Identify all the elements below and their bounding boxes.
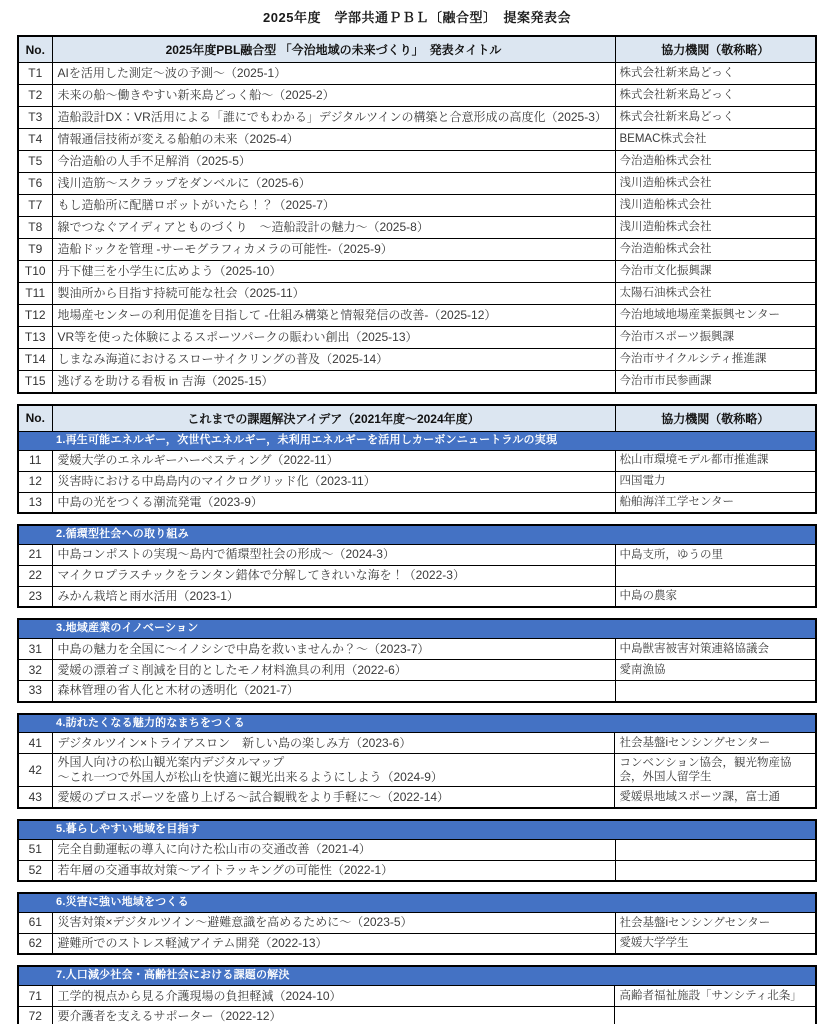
row-partner: 浅川造船株式会社 xyxy=(615,195,816,217)
table-past-ideas-section-3: 3.地域産業のイノベーション 31 中島の魅力を全国に～イノシシで中島を救いませ… xyxy=(17,618,817,702)
table-past-ideas-section-4: 4.訪れたくなる魅力的なまちをつくる 41 デジタルツイン×トライアスロン 新し… xyxy=(17,713,817,809)
row-number: 72 xyxy=(18,1007,52,1024)
row-partner xyxy=(615,565,816,586)
row-partner xyxy=(615,839,816,860)
row-partner: 今治造船株式会社 xyxy=(615,239,816,261)
section-banner-row: 6.災害に強い地域をつくる xyxy=(18,893,816,912)
row-number: T9 xyxy=(18,239,52,261)
table-row: 23 みかん栽培と雨水活用（2023-1） 中島の農家 xyxy=(18,586,816,607)
table-row: T1 AIを活用した測定～波の予測～（2025-1） 株式会社新来島どっく xyxy=(18,63,816,85)
row-title-line1: 製油所から目指す持続可能な社会（2025-11） xyxy=(58,286,610,301)
section-banner-row: 2.循環型社会への取り組み xyxy=(18,525,816,544)
table-row: T4 情報通信技術が変える船舶の未来（2025-4） BEMAC株式会社 xyxy=(18,129,816,151)
row-partner: 中島獣害被害対策連絡協議会 xyxy=(615,639,816,660)
table-row: 61 災害対策×デジタルツイン～避難意識を高めるために～（2023-5） 社会基… xyxy=(18,912,816,933)
row-title: 愛媛大学のエネルギーハーベスティング（2022-11） xyxy=(52,450,615,471)
row-title: 愛媛の漂着ゴミ削減を目的としたモノ材料漁具の利用（2022-6） xyxy=(52,660,615,681)
table-row: 41 デジタルツイン×トライアスロン 新しい島の楽しみ方（2023-6） 社会基… xyxy=(18,733,816,754)
table-row: 12 災害時における中島島内のマイクログリッド化（2023-11） 四国電力 xyxy=(18,471,816,492)
row-number: 51 xyxy=(18,839,52,860)
row-partner: 株式会社新来島どっく xyxy=(615,107,816,129)
row-number: 21 xyxy=(18,544,52,565)
row-number: 22 xyxy=(18,565,52,586)
row-title-line1: 愛媛のプロスポーツを盛り上げる～試合観戦をより手軽に～（2022-14） xyxy=(58,790,610,805)
row-title: 工学的視点から見る介護現場の負担軽減（2024-10） xyxy=(52,986,615,1007)
table-row: 33 森林管理の省人化と木材の透明化（2021-7） xyxy=(18,681,816,702)
row-title-line1: 愛媛の漂着ゴミ削減を目的としたモノ材料漁具の利用（2022-6） xyxy=(58,663,610,678)
row-number: T5 xyxy=(18,151,52,173)
table-row: T7 もし造船所に配膳ロボットがいたら！？（2025-7） 浅川造船株式会社 xyxy=(18,195,816,217)
section-banner-7: 7.人口減少社会・高齢社会における課題の解決 xyxy=(18,966,816,985)
row-title-line1: しまなみ海道におけるスローサイクリングの普及（2025-14） xyxy=(58,352,610,367)
row-number: 33 xyxy=(18,681,52,702)
row-number: T4 xyxy=(18,129,52,151)
table-row: T10 丹下健三を小学生に広めよう（2025-10） 今治市文化振興課 xyxy=(18,261,816,283)
table-row: T15 逃げるを助ける看板 in 吉海（2025-15） 今治市市民参画課 xyxy=(18,371,816,393)
row-title: 今治造船の人手不足解消（2025-5） xyxy=(52,151,615,173)
table1-body: T1 AIを活用した測定～波の予測～（2025-1） 株式会社新来島どっく T2… xyxy=(18,63,816,393)
section-banner-row: 7.人口減少社会・高齢社会における課題の解決 xyxy=(18,966,816,985)
row-number: T11 xyxy=(18,283,52,305)
table-row: 11 愛媛大学のエネルギーハーベスティング（2022-11） 松山市環境モデル都… xyxy=(18,450,816,471)
table-row: T6 浅川造筋～スクラップをダンベルに（2025-6） 浅川造船株式会社 xyxy=(18,173,816,195)
row-title: VR等を使った体験によるスポーツパークの賑わい創出（2025-13） xyxy=(52,327,615,349)
row-number: T13 xyxy=(18,327,52,349)
row-title-line1: 造船ドックを管理 -サーモグラフィカメラの可能性-（2025-9） xyxy=(58,242,610,257)
row-title-line1: 避難所でのストレス軽減アイテム開発（2022-13） xyxy=(58,936,610,951)
row-partner: 今治市市民参画課 xyxy=(615,371,816,393)
table-row: T2 未来の船～働きやすい新来島どっく船～（2025-2） 株式会社新来島どっく xyxy=(18,85,816,107)
section-banner-row: 5.暮らしやすい地域を目指す xyxy=(18,820,816,839)
row-number: 23 xyxy=(18,586,52,607)
row-title-line1: AIを活用した測定～波の予測～（2025-1） xyxy=(58,66,610,81)
row-title-line1: 要介護者を支えるサポーター（2022-12） xyxy=(58,1009,610,1024)
row-number: 41 xyxy=(18,733,52,754)
row-title-line2: ～これ一つで外国人が松山を快適に観光出来るようにしよう（2024-9） xyxy=(58,770,610,785)
table-past-ideas-section-7: 7.人口減少社会・高齢社会における課題の解決 71 工学的視点から見る介護現場の… xyxy=(17,965,817,1024)
row-partner: 愛媛大学学生 xyxy=(615,933,816,954)
table-row: 22 マイクロプラスチックをランタン錯体で分解してきれいな海を！（2022-3） xyxy=(18,565,816,586)
row-title: 森林管理の省人化と木材の透明化（2021-7） xyxy=(52,681,615,702)
row-title-line1: デジタルツイン×トライアスロン 新しい島の楽しみ方（2023-6） xyxy=(58,736,610,751)
row-number: T3 xyxy=(18,107,52,129)
row-title-line1: 中島コンポストの実現～島内で循環型社会の形成～（2024-3） xyxy=(58,547,610,562)
row-title-line1: 森林管理の省人化と木材の透明化（2021-7） xyxy=(58,683,610,698)
row-title: しまなみ海道におけるスローサイクリングの普及（2025-14） xyxy=(52,349,615,371)
row-number: 71 xyxy=(18,986,52,1007)
table-past-ideas-section-6: 6.災害に強い地域をつくる 61 災害対策×デジタルツイン～避難意識を高めるため… xyxy=(17,892,817,955)
row-number: 62 xyxy=(18,933,52,954)
table-past-ideas-section-5: 5.暮らしやすい地域を目指す 51 完全自動運転の導入に向けた松山市の交通改善（… xyxy=(17,819,817,882)
section-banner-row: 1.再生可能エネルギー，次世代エネルギー，未利用エネルギーを活用しカーボンニュー… xyxy=(18,431,816,450)
table-row: T12 地場産センターの利用促進を目指して -仕組み構築と情報発信の改善-（20… xyxy=(18,305,816,327)
row-title-line1: 災害対策×デジタルツイン～避難意識を高めるために～（2023-5） xyxy=(58,915,610,930)
row-partner: 松山市環境モデル都市推進課 xyxy=(615,450,816,471)
row-number: T2 xyxy=(18,85,52,107)
row-title: 外国人向けの松山観光案内デジタルマップ～これ一つで外国人が松山を快適に観光出来る… xyxy=(52,754,615,787)
section-banner-1: 1.再生可能エネルギー，次世代エネルギー，未利用エネルギーを活用しカーボンニュー… xyxy=(18,431,816,450)
section6-body: 61 災害対策×デジタルツイン～避難意識を高めるために～（2023-5） 社会基… xyxy=(18,912,816,954)
table-row: 32 愛媛の漂着ゴミ削減を目的としたモノ材料漁具の利用（2022-6） 愛南漁協 xyxy=(18,660,816,681)
table-past-ideas-section-2: 2.循環型社会への取り組み 21 中島コンポストの実現～島内で循環型社会の形成～… xyxy=(17,524,817,608)
table-past-ideas-section-1: No. これまでの課題解決アイデア（2021年度～2024年度） 協力機関（敬称… xyxy=(17,404,817,515)
row-title: 造船設計DX：VR活用による「誰にでもわかる」デジタルツインの構築と合意形成の高… xyxy=(52,107,615,129)
row-partner: 今治市スポーツ振興課 xyxy=(615,327,816,349)
row-partner xyxy=(615,681,816,702)
row-partner: 太陽石油株式会社 xyxy=(615,283,816,305)
row-title-line1: もし造船所に配膳ロボットがいたら！？（2025-7） xyxy=(58,198,610,213)
section-banner-row: 3.地域産業のイノベーション xyxy=(18,619,816,638)
row-number: 32 xyxy=(18,660,52,681)
row-title: 中島コンポストの実現～島内で循環型社会の形成～（2024-3） xyxy=(52,544,615,565)
section-banner-3: 3.地域産業のイノベーション xyxy=(18,619,816,638)
section-banner-6: 6.災害に強い地域をつくる xyxy=(18,893,816,912)
row-title-line1: 情報通信技術が変える船舶の未来（2025-4） xyxy=(58,132,610,147)
row-partner: 愛南漁協 xyxy=(615,660,816,681)
row-title-line1: 地場産センターの利用促進を目指して -仕組み構築と情報発信の改善-（2025-1… xyxy=(58,308,610,323)
row-title-line1: 逃げるを助ける看板 in 吉海（2025-15） xyxy=(58,374,610,389)
row-partner: 株式会社新来島どっく xyxy=(615,85,816,107)
row-title: 避難所でのストレス軽減アイテム開発（2022-13） xyxy=(52,933,615,954)
row-partner: 中島の農家 xyxy=(615,586,816,607)
table-row: 72 要介護者を支えるサポーター（2022-12） xyxy=(18,1007,816,1024)
table-row: T13 VR等を使った体験によるスポーツパークの賑わい創出（2025-13） 今… xyxy=(18,327,816,349)
row-partner: 浅川造船株式会社 xyxy=(615,217,816,239)
row-partner: 愛媛県地域スポーツ課，富士通 xyxy=(615,787,816,808)
row-title-line1: 浅川造筋～スクラップをダンベルに（2025-6） xyxy=(58,176,610,191)
row-title: 浅川造筋～スクラップをダンベルに（2025-6） xyxy=(52,173,615,195)
row-title-line1: 線でつなぐアイディアとものづくり ～造船設計の魅力～（2025-8） xyxy=(58,220,610,235)
row-partner: 中島支所，ゆうの里 xyxy=(615,544,816,565)
row-partner: 今治造船株式会社 xyxy=(615,151,816,173)
row-number: 52 xyxy=(18,860,52,881)
row-title: 丹下健三を小学生に広めよう（2025-10） xyxy=(52,261,615,283)
row-number: 11 xyxy=(18,450,52,471)
section-banner-5: 5.暮らしやすい地域を目指す xyxy=(18,820,816,839)
row-partner: 社会基盤iセンシングセンター xyxy=(615,912,816,933)
table-row: 42 外国人向けの松山観光案内デジタルマップ～これ一つで外国人が松山を快適に観光… xyxy=(18,754,816,787)
table2-header-no: No. xyxy=(18,405,52,432)
row-partner: 浅川造船株式会社 xyxy=(615,173,816,195)
row-number: 61 xyxy=(18,912,52,933)
row-title-line1: 中島の魅力を全国に～イノシシで中島を救いませんか？～（2023-7） xyxy=(58,642,610,657)
table1-header-partner: 協力機関（敬称略） xyxy=(615,36,816,63)
row-number: T10 xyxy=(18,261,52,283)
row-number: 43 xyxy=(18,787,52,808)
row-title: もし造船所に配膳ロボットがいたら！？（2025-7） xyxy=(52,195,615,217)
section2-body: 21 中島コンポストの実現～島内で循環型社会の形成～（2024-3） 中島支所，… xyxy=(18,544,816,607)
row-title: 未来の船～働きやすい新来島どっく船～（2025-2） xyxy=(52,85,615,107)
section4-body: 41 デジタルツイン×トライアスロン 新しい島の楽しみ方（2023-6） 社会基… xyxy=(18,733,816,808)
row-partner: BEMAC株式会社 xyxy=(615,129,816,151)
row-title: 情報通信技術が変える船舶の未来（2025-4） xyxy=(52,129,615,151)
row-number: T1 xyxy=(18,63,52,85)
row-number: 13 xyxy=(18,492,52,513)
row-title: 災害時における中島島内のマイクログリッド化（2023-11） xyxy=(52,471,615,492)
row-partner: コンベンション協会，観光物産協会，外国人留学生 xyxy=(615,754,816,787)
row-title: 災害対策×デジタルツイン～避難意識を高めるために～（2023-5） xyxy=(52,912,615,933)
section7-body: 71 工学的視点から見る介護現場の負担軽減（2024-10） 高齢者福祉施設「サ… xyxy=(18,986,816,1024)
row-title-line1: 未来の船～働きやすい新来島どっく船～（2025-2） xyxy=(58,88,610,103)
row-title-line1: 造船設計DX：VR活用による「誰にでもわかる」デジタルツインの構築と合意形成の高… xyxy=(58,110,610,125)
row-title: 完全自動運転の導入に向けた松山市の交通改善（2021-4） xyxy=(52,839,615,860)
row-title: AIを活用した測定～波の予測～（2025-1） xyxy=(52,63,615,85)
table-row: 43 愛媛のプロスポーツを盛り上げる～試合観戦をより手軽に～（2022-14） … xyxy=(18,787,816,808)
table1-header-no: No. xyxy=(18,36,52,63)
row-title: デジタルツイン×トライアスロン 新しい島の楽しみ方（2023-6） xyxy=(52,733,615,754)
row-title-line1: 今治造船の人手不足解消（2025-5） xyxy=(58,154,610,169)
table-row: 51 完全自動運転の導入に向けた松山市の交通改善（2021-4） xyxy=(18,839,816,860)
row-number: 12 xyxy=(18,471,52,492)
table-row: 13 中島の光をつくる潮流発電（2023-9） 船舶海洋工学センター xyxy=(18,492,816,513)
section-banner-row: 4.訪れたくなる魅力的なまちをつくる xyxy=(18,714,816,733)
table-row: T5 今治造船の人手不足解消（2025-5） 今治造船株式会社 xyxy=(18,151,816,173)
row-partner: 社会基盤iセンシングセンター xyxy=(615,733,816,754)
row-partner: 株式会社新来島どっく xyxy=(615,63,816,85)
row-number: T6 xyxy=(18,173,52,195)
table2-header-title: これまでの課題解決アイデア（2021年度～2024年度） xyxy=(52,405,615,432)
row-title-line1: 工学的視点から見る介護現場の負担軽減（2024-10） xyxy=(58,989,610,1004)
row-number: T7 xyxy=(18,195,52,217)
row-title: 製油所から目指す持続可能な社会（2025-11） xyxy=(52,283,615,305)
table-row: T8 線でつなぐアイディアとものづくり ～造船設計の魅力～（2025-8） 浅川… xyxy=(18,217,816,239)
table-row: T11 製油所から目指す持続可能な社会（2025-11） 太陽石油株式会社 xyxy=(18,283,816,305)
row-number: T15 xyxy=(18,371,52,393)
row-title: 逃げるを助ける看板 in 吉海（2025-15） xyxy=(52,371,615,393)
row-title: 造船ドックを管理 -サーモグラフィカメラの可能性-（2025-9） xyxy=(52,239,615,261)
row-title-line1: 外国人向けの松山観光案内デジタルマップ xyxy=(58,755,610,770)
row-title-line1: 災害時における中島島内のマイクログリッド化（2023-11） xyxy=(58,474,610,489)
row-partner xyxy=(615,1007,816,1024)
table1-header-row: No. 2025年度PBL融合型 「今治地域の未来づくり」 発表タイトル 協力機… xyxy=(18,36,816,63)
row-title: みかん栽培と雨水活用（2023-1） xyxy=(52,586,615,607)
row-partner: 船舶海洋工学センター xyxy=(615,492,816,513)
table-row: 52 若年層の交通事故対策～アイトラッキングの可能性（2022-1） xyxy=(18,860,816,881)
row-partner: 今治市文化振興課 xyxy=(615,261,816,283)
row-number: 42 xyxy=(18,754,52,787)
document-page: 2025年度 学部共通ＰＢＬ〔融合型〕 提案発表会 No. 2025年度PBL融… xyxy=(0,0,835,1024)
section-banner-4: 4.訪れたくなる魅力的なまちをつくる xyxy=(18,714,816,733)
table-row: T14 しまなみ海道におけるスローサイクリングの普及（2025-14） 今治市サ… xyxy=(18,349,816,371)
row-title-line1: 中島の光をつくる潮流発電（2023-9） xyxy=(58,495,610,510)
row-title: 若年層の交通事故対策～アイトラッキングの可能性（2022-1） xyxy=(52,860,615,881)
row-title-line1: 丹下健三を小学生に広めよう（2025-10） xyxy=(58,264,610,279)
row-title-line1: マイクロプラスチックをランタン錯体で分解してきれいな海を！（2022-3） xyxy=(58,568,610,583)
table2-header-partner: 協力機関（敬称略） xyxy=(615,405,816,432)
row-title-line1: 愛媛大学のエネルギーハーベスティング（2022-11） xyxy=(58,453,610,468)
section1-body: 11 愛媛大学のエネルギーハーベスティング（2022-11） 松山市環境モデル都… xyxy=(18,450,816,513)
section-banner-2: 2.循環型社会への取り組み xyxy=(18,525,816,544)
row-title: 中島の光をつくる潮流発電（2023-9） xyxy=(52,492,615,513)
row-title: 愛媛のプロスポーツを盛り上げる～試合観戦をより手軽に～（2022-14） xyxy=(52,787,615,808)
row-partner: 高齢者福祉施設「サンシティ北条」 xyxy=(615,986,816,1007)
table-row: 31 中島の魅力を全国に～イノシシで中島を救いませんか？～（2023-7） 中島… xyxy=(18,639,816,660)
table1-header-title: 2025年度PBL融合型 「今治地域の未来づくり」 発表タイトル xyxy=(52,36,615,63)
row-partner: 今治地域地場産業振興センター xyxy=(615,305,816,327)
table2-header-row: No. これまでの課題解決アイデア（2021年度～2024年度） 協力機関（敬称… xyxy=(18,405,816,432)
row-title: 中島の魅力を全国に～イノシシで中島を救いませんか？～（2023-7） xyxy=(52,639,615,660)
row-number: 31 xyxy=(18,639,52,660)
row-title: 線でつなぐアイディアとものづくり ～造船設計の魅力～（2025-8） xyxy=(52,217,615,239)
table-2025-proposals: No. 2025年度PBL融合型 「今治地域の未来づくり」 発表タイトル 協力機… xyxy=(17,35,817,394)
row-number: T8 xyxy=(18,217,52,239)
row-partner: 四国電力 xyxy=(615,471,816,492)
row-partner: 今治市サイクルシティ推進課 xyxy=(615,349,816,371)
table-row: 21 中島コンポストの実現～島内で循環型社会の形成～（2024-3） 中島支所，… xyxy=(18,544,816,565)
table-row: T9 造船ドックを管理 -サーモグラフィカメラの可能性-（2025-9） 今治造… xyxy=(18,239,816,261)
row-partner xyxy=(615,860,816,881)
row-title-line1: みかん栽培と雨水活用（2023-1） xyxy=(58,589,610,604)
row-number: T12 xyxy=(18,305,52,327)
table-row: 62 避難所でのストレス軽減アイテム開発（2022-13） 愛媛大学学生 xyxy=(18,933,816,954)
row-title: 要介護者を支えるサポーター（2022-12） xyxy=(52,1007,615,1024)
page-title: 2025年度 学部共通ＰＢＬ〔融合型〕 提案発表会 xyxy=(17,7,817,26)
row-title-line1: 完全自動運転の導入に向けた松山市の交通改善（2021-4） xyxy=(58,842,610,857)
row-title-line1: 若年層の交通事故対策～アイトラッキングの可能性（2022-1） xyxy=(58,863,610,878)
section5-body: 51 完全自動運転の導入に向けた松山市の交通改善（2021-4） 52 若年層の… xyxy=(18,839,816,881)
row-title-line1: VR等を使った体験によるスポーツパークの賑わい創出（2025-13） xyxy=(58,330,610,345)
table-row: 71 工学的視点から見る介護現場の負担軽減（2024-10） 高齢者福祉施設「サ… xyxy=(18,986,816,1007)
row-title: マイクロプラスチックをランタン錯体で分解してきれいな海を！（2022-3） xyxy=(52,565,615,586)
row-title: 地場産センターの利用促進を目指して -仕組み構築と情報発信の改善-（2025-1… xyxy=(52,305,615,327)
table-row: T3 造船設計DX：VR活用による「誰にでもわかる」デジタルツインの構築と合意形… xyxy=(18,107,816,129)
section3-body: 31 中島の魅力を全国に～イノシシで中島を救いませんか？～（2023-7） 中島… xyxy=(18,639,816,702)
row-number: T14 xyxy=(18,349,52,371)
